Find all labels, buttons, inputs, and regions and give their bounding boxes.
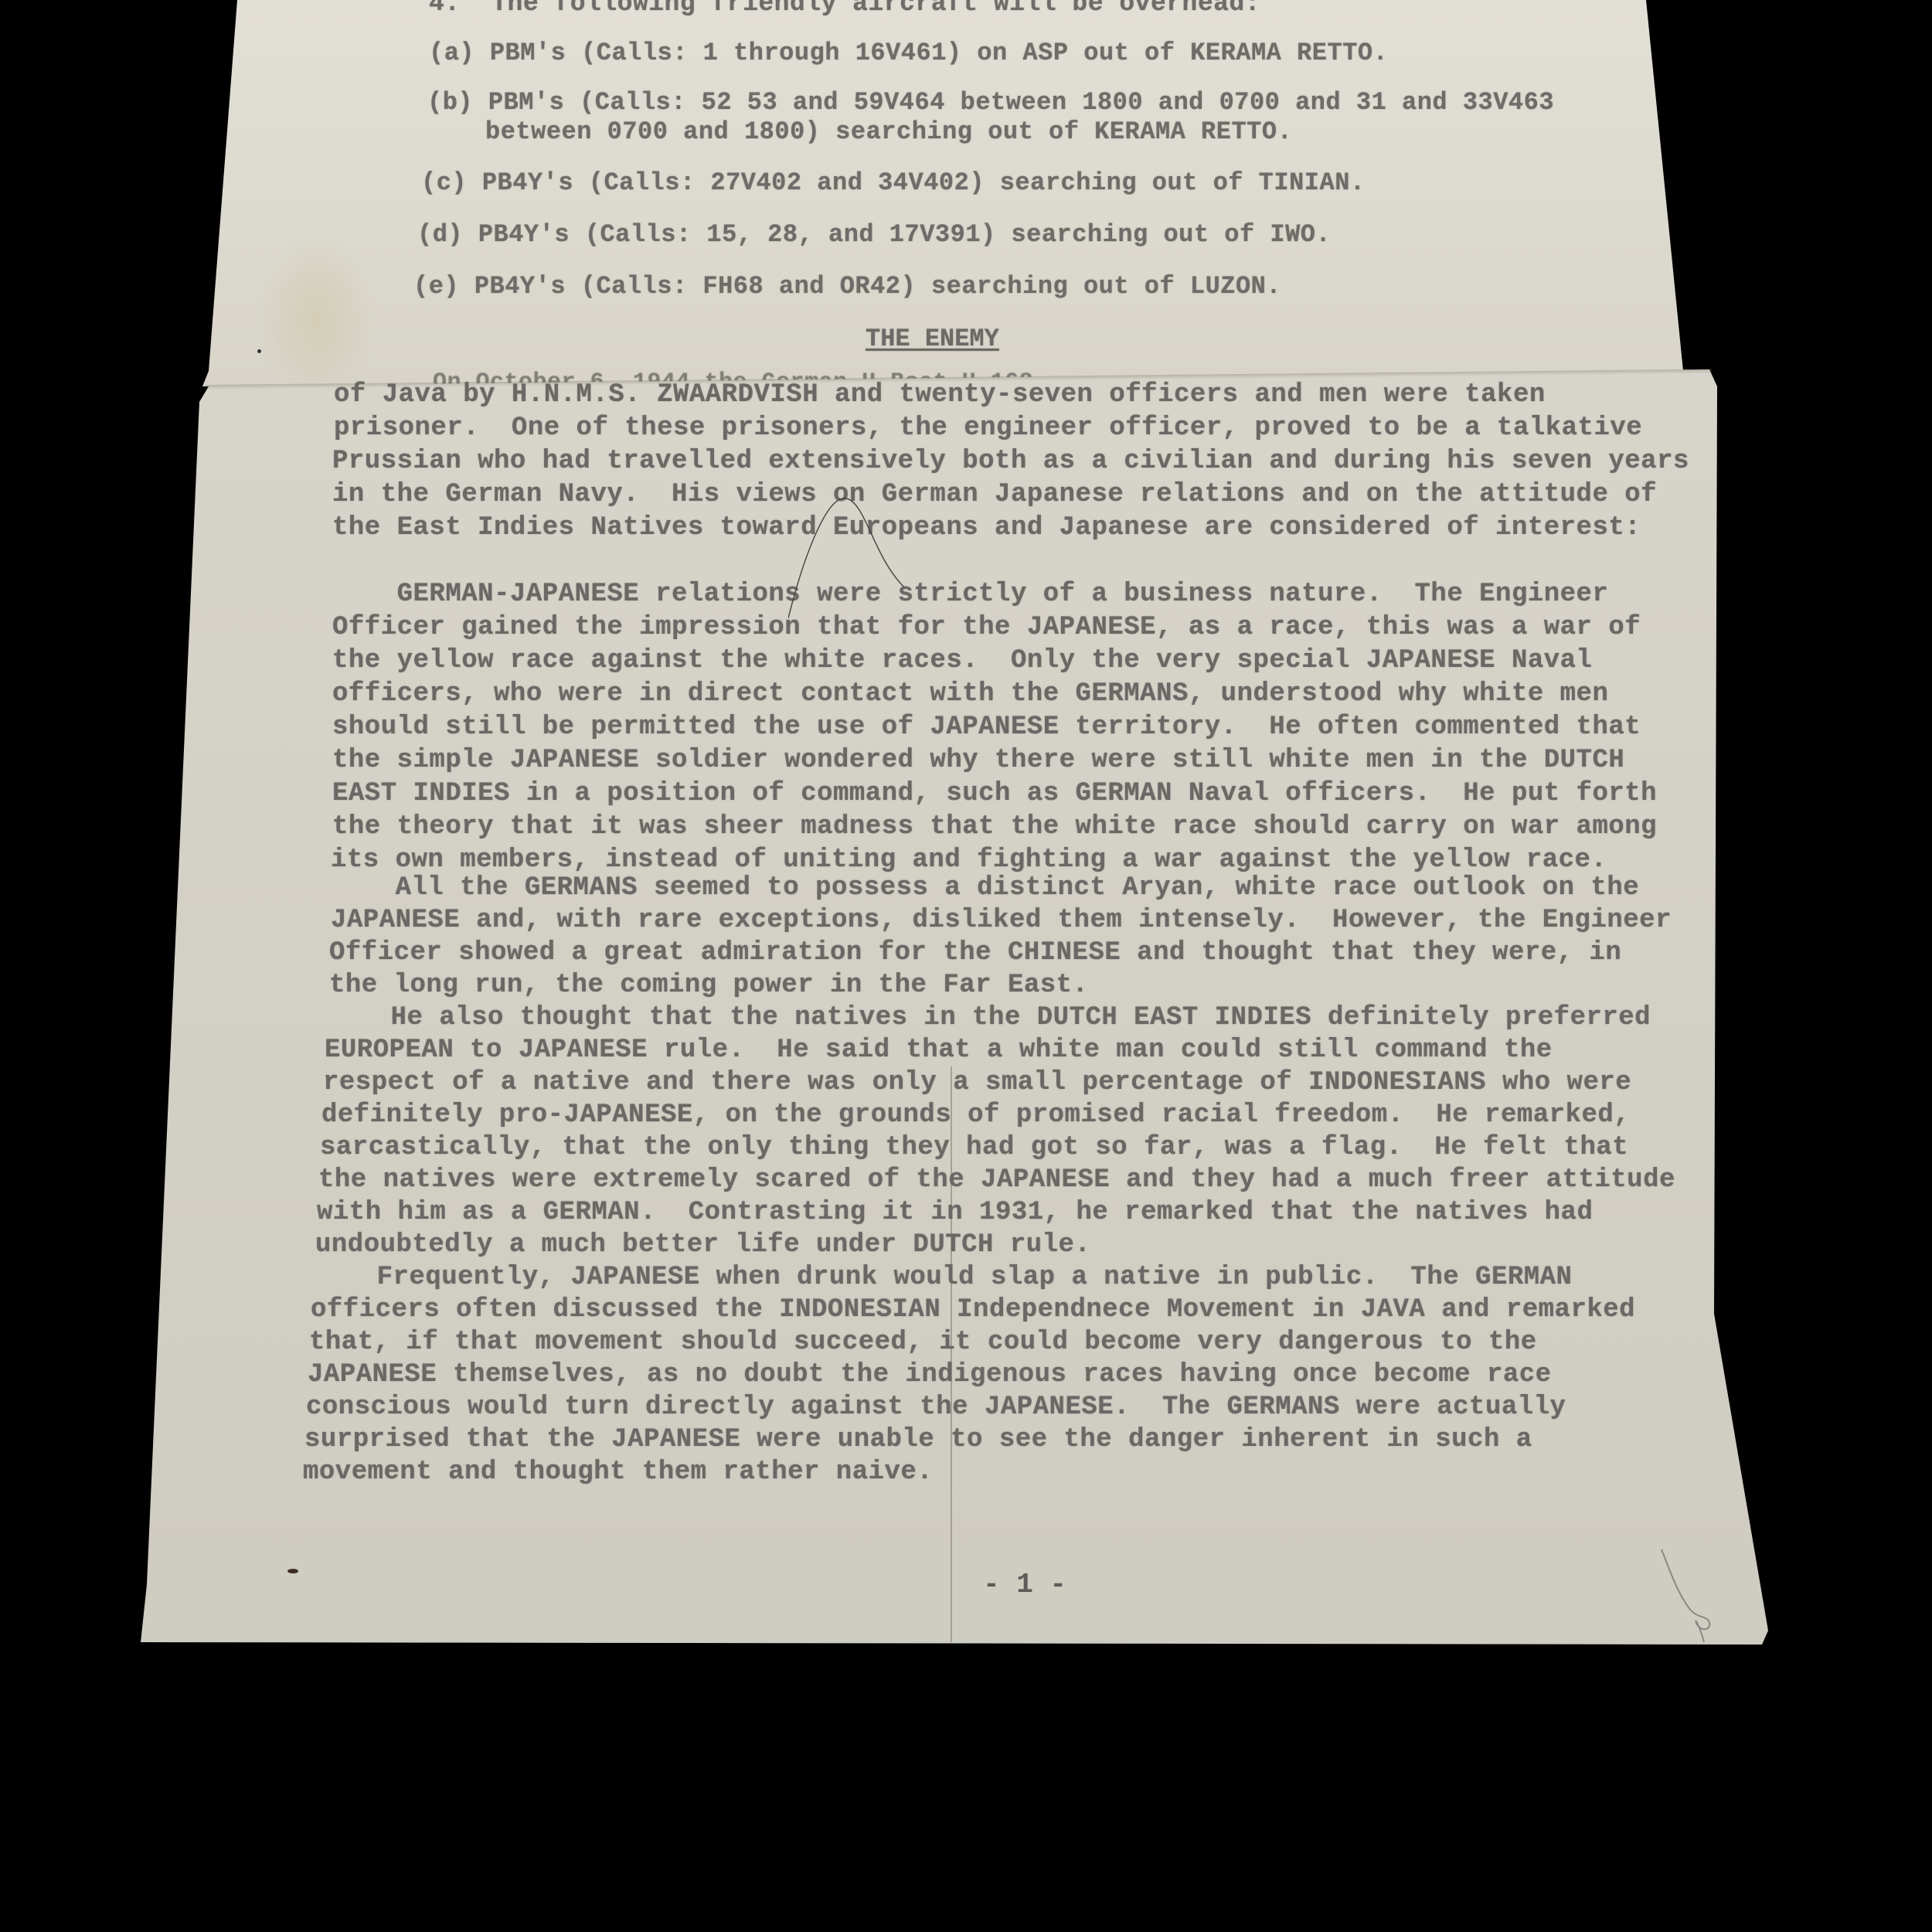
body-line: GERMAN-JAPANESE relations were strictly … xyxy=(332,580,1608,609)
item-text: PBM's (Calls: 1 through 16V461) on ASP o… xyxy=(490,39,1388,67)
body-line: of Java by H.N.M.S. ZWAARDVISH and twent… xyxy=(334,380,1546,410)
item-label: (b) xyxy=(427,88,473,117)
body-line: should still be permitted the use of JAP… xyxy=(332,713,1641,742)
body-line: Officer showed a great admiration for th… xyxy=(329,938,1621,968)
body-line: with him as a GERMAN. Contrasting it in … xyxy=(317,1198,1593,1227)
body-line: that, if that movement should succeed, i… xyxy=(309,1328,1537,1357)
page-number: - 1 - xyxy=(983,1569,1066,1600)
body-line: surprised that the JAPANESE were unable … xyxy=(304,1425,1532,1454)
body-line: sarcastically, that the only thing they … xyxy=(320,1133,1628,1162)
item-intro: 4. The following friendly aircraft will … xyxy=(429,0,1260,18)
body-line: the simple JAPANESE soldier wondered why… xyxy=(332,746,1624,775)
body-line: movement and thought them rather naive. xyxy=(303,1458,933,1487)
item-text: PB4Y's (Calls: 15, 28, and 17V391) searc… xyxy=(478,220,1331,249)
body-line: the natives were extremely scared of the… xyxy=(318,1165,1675,1195)
pencil-mark-icon xyxy=(1654,1546,1723,1646)
paper-stain xyxy=(255,232,379,402)
body-line: EAST INDIES in a position of command, su… xyxy=(332,779,1657,808)
item-label: (e) xyxy=(413,272,459,301)
body-line: He also thought that the natives in the … xyxy=(326,1003,1651,1032)
list-item-a: (a) PBM's (Calls: 1 through 16V461) on A… xyxy=(429,39,1388,67)
body-line: EUROPEAN to JAPANESE rule. He said that … xyxy=(325,1036,1553,1065)
body-line: Officer gained the impression that for t… xyxy=(332,613,1641,642)
body-line: undoubtedly a much better life under DUT… xyxy=(315,1230,1090,1260)
body-line: its own members, instead of uniting and … xyxy=(331,845,1607,875)
body-line: All the GERMANS seemed to possess a dist… xyxy=(331,873,1639,903)
item-text: PBM's (Calls: 52 53 and 59V464 between 1… xyxy=(488,88,1554,117)
paper-speck xyxy=(257,349,261,353)
body-line: officers often discussed the INDONESIAN … xyxy=(311,1295,1635,1325)
list-item-b-continuation: between 0700 and 1800) searching out of … xyxy=(485,117,1292,146)
item-label: (d) xyxy=(417,220,463,249)
body-line: definitely pro-JAPANESE, on the grounds … xyxy=(321,1100,1630,1130)
body-line: JAPANESE themselves, as no doubt the ind… xyxy=(308,1360,1552,1389)
list-item-d: (d) PB4Y's (Calls: 15, 28, and 17V391) s… xyxy=(417,220,1331,249)
list-item-e: (e) PB4Y's (Calls: FH68 and OR42) search… xyxy=(413,272,1281,301)
body-line: prisoner. One of these prisoners, the en… xyxy=(334,413,1642,443)
body-line: Frequently, JAPANESE when drunk would sl… xyxy=(312,1263,1572,1292)
body-line: JAPANESE and, with rare exceptions, disl… xyxy=(331,906,1672,935)
item-text: PB4Y's (Calls: FH68 and OR42) searching … xyxy=(474,272,1281,301)
body-line: officers, who were in direct contact wit… xyxy=(332,679,1608,709)
list-item-b: (b) PBM's (Calls: 52 53 and 59V464 betwe… xyxy=(427,88,1554,117)
paper-speck xyxy=(287,1569,298,1573)
body-line: the long run, the coming power in the Fa… xyxy=(329,971,1088,1000)
item-text: PB4Y's (Calls: 27V402 and 34V402) search… xyxy=(482,168,1366,197)
body-line: the East Indies Natives toward Europeans… xyxy=(332,513,1641,543)
body-line: the theory that it was sheer madness tha… xyxy=(332,812,1657,842)
body-line: conscious would turn directly against th… xyxy=(306,1393,1566,1422)
section-heading: THE ENEMY xyxy=(866,325,999,353)
body-line: Prussian who had travelled extensively b… xyxy=(332,447,1689,476)
body-line: the yellow race against the white races.… xyxy=(332,646,1592,675)
hair-strand xyxy=(788,464,920,618)
item-label: (a) xyxy=(429,39,474,67)
body-line: respect of a native and there was only a… xyxy=(323,1068,1631,1097)
list-item-c: (c) PB4Y's (Calls: 27V402 and 34V402) se… xyxy=(421,168,1366,197)
body-line: in the German Navy. His views on German … xyxy=(332,480,1657,509)
item-label: (c) xyxy=(421,168,467,197)
